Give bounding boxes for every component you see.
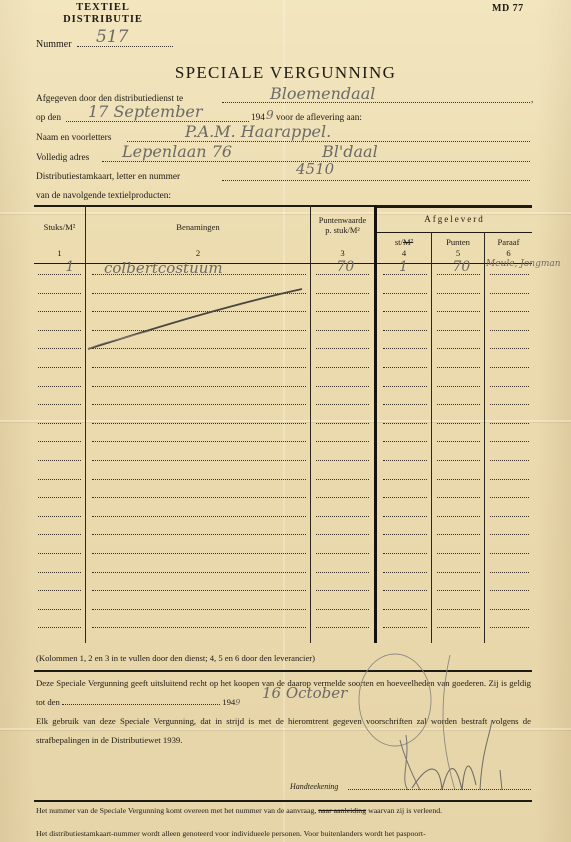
cell-line-st xyxy=(383,292,427,294)
cell-line-stuks xyxy=(38,385,81,387)
number-label: Nummer xyxy=(36,39,72,50)
textile-products-table: Stuks/M² 1 Benamingen 2 Puntenwaarde p. … xyxy=(34,205,532,645)
cell-line-benaming xyxy=(92,515,306,517)
cell-line-paraaf xyxy=(490,571,529,573)
address-city-value: Bl'daal xyxy=(322,142,378,161)
cell-line-puntenwaarde xyxy=(316,515,369,517)
cell-line-st xyxy=(383,385,427,387)
footnote-1-tail: waarvan zij is verleend. xyxy=(368,806,442,815)
form-code: MD 77 xyxy=(492,3,524,14)
col-number-3: 3 xyxy=(311,248,374,258)
cell-line-paraaf xyxy=(490,292,529,294)
name-value: P.A.M. Haarappel. xyxy=(185,122,331,141)
cell-line-paraaf xyxy=(490,329,529,331)
cell-line-puntenwaarde xyxy=(316,608,369,610)
thick-column-divider xyxy=(374,205,377,643)
footnote-1-struck: naar aanleiding xyxy=(318,806,366,815)
cell-line-paraaf xyxy=(490,608,529,610)
comma: , xyxy=(531,94,533,104)
afgeleverd-sub-rule xyxy=(375,232,532,233)
cell-line-st xyxy=(383,459,427,461)
cell-line-stuks xyxy=(38,608,81,610)
cell-line-punten xyxy=(437,533,480,535)
cell-line-stuks xyxy=(38,440,81,442)
col-header-st-plain: st/ xyxy=(395,237,403,247)
cell-line-st xyxy=(383,403,427,405)
col-header-puntenwaarde-line1: Puntenwaarde xyxy=(311,216,374,226)
cell-line-benaming xyxy=(92,589,306,591)
cell-line-stuks xyxy=(38,403,81,405)
col-header-punten: Punten xyxy=(432,237,484,247)
signature-label: Handteekening xyxy=(290,782,338,791)
cell-line-paraaf xyxy=(490,478,529,480)
ration-card-line xyxy=(222,179,530,181)
footnote-2: Het distributiestamkaart-nummer wordt al… xyxy=(36,828,531,839)
cell-line-benaming xyxy=(92,459,306,461)
issuing-office-line xyxy=(222,101,530,103)
cell-line-punten xyxy=(437,440,480,442)
cell-line-stuks xyxy=(38,496,81,498)
cell-line-punten xyxy=(437,385,480,387)
document-title: SPECIALE VERGUNNING xyxy=(0,63,571,83)
cell-line-punten xyxy=(437,403,480,405)
cell-line-punten xyxy=(437,292,480,294)
cell-line-paraaf xyxy=(490,626,529,628)
column-divider xyxy=(85,205,86,643)
cell-line-puntenwaarde xyxy=(316,422,369,424)
table-cell-puntenwaarde: 70 xyxy=(337,259,355,275)
cell-line-st xyxy=(383,310,427,312)
cell-line-st xyxy=(383,478,427,480)
cell-line-punten xyxy=(437,552,480,554)
cancellation-stroke xyxy=(80,285,310,355)
cell-line-benaming xyxy=(92,366,306,368)
column-divider xyxy=(310,205,311,643)
col-header-benamingen: Benamingen xyxy=(86,222,310,232)
col-number-4: 4 xyxy=(377,248,431,258)
issuing-office-value: Bloemendaal xyxy=(270,84,375,103)
cell-line-benaming xyxy=(92,422,306,424)
date-value: 17 September xyxy=(88,102,203,121)
cell-line-stuks xyxy=(38,273,81,275)
table-cell-st: 1 xyxy=(399,259,408,275)
validity-year-prefix: 194 xyxy=(222,697,235,707)
cell-line-punten xyxy=(437,608,480,610)
cell-line-paraaf xyxy=(490,310,529,312)
cell-line-paraaf xyxy=(490,589,529,591)
signature-line xyxy=(348,788,531,790)
cell-line-benaming xyxy=(92,385,306,387)
issuer-line-2: DISTRIBUTIE xyxy=(48,14,158,26)
columns-note: (Kolommen 1, 2 en 3 in te vullen door de… xyxy=(36,653,315,663)
cell-line-stuks xyxy=(38,626,81,628)
cell-line-puntenwaarde xyxy=(316,440,369,442)
cell-line-puntenwaarde xyxy=(316,589,369,591)
col-number-2: 2 xyxy=(86,248,310,258)
cell-line-puntenwaarde xyxy=(316,533,369,535)
col-header-stuks: Stuks/M² xyxy=(34,222,85,232)
cell-line-benaming xyxy=(92,478,306,480)
cell-line-puntenwaarde xyxy=(316,347,369,349)
cell-line-paraaf xyxy=(490,533,529,535)
cell-line-paraaf xyxy=(490,552,529,554)
cell-line-punten xyxy=(437,478,480,480)
cell-line-punten xyxy=(437,571,480,573)
number-value: 517 xyxy=(96,27,128,47)
cell-line-paraaf xyxy=(490,403,529,405)
year-suffix: 9 xyxy=(266,108,274,122)
cell-line-puntenwaarde xyxy=(316,478,369,480)
cell-line-stuks xyxy=(38,310,81,312)
cell-line-paraaf xyxy=(490,496,529,498)
cell-line-st xyxy=(383,533,427,535)
afgeleverd-group-header: Afgeleverd xyxy=(377,214,532,224)
col-number-6: 6 xyxy=(485,248,532,258)
validity-year-suffix: 9 xyxy=(235,698,240,707)
cell-line-st xyxy=(383,496,427,498)
cell-line-stuks xyxy=(38,589,81,591)
cell-line-stuks xyxy=(38,347,81,349)
cell-line-punten xyxy=(437,626,480,628)
cell-line-puntenwaarde xyxy=(316,292,369,294)
column-divider xyxy=(484,232,485,643)
issuer-line-1: TEXTIEL xyxy=(48,2,158,14)
cell-line-benaming xyxy=(92,571,306,573)
valid-until-line xyxy=(62,698,220,705)
cell-line-st xyxy=(383,366,427,368)
footnote-1: Het nummer van de Speciale Vergunning ko… xyxy=(36,805,531,816)
cell-line-st xyxy=(383,347,427,349)
cell-line-punten xyxy=(437,459,480,461)
address-label: Volledig adres xyxy=(36,153,89,163)
cell-line-paraaf xyxy=(490,459,529,461)
col-header-puntenwaarde: Puntenwaarde p. stuk/M² xyxy=(311,216,374,236)
cell-line-benaming xyxy=(92,608,306,610)
cell-line-puntenwaarde xyxy=(316,403,369,405)
cell-line-stuks xyxy=(38,422,81,424)
col-number-5: 5 xyxy=(432,248,484,258)
cell-line-punten xyxy=(437,366,480,368)
cell-line-punten xyxy=(437,496,480,498)
signature-and-stamp xyxy=(330,640,550,800)
cell-line-paraaf xyxy=(490,347,529,349)
name-label: Naam en voorletters xyxy=(36,133,111,143)
cell-line-stuks xyxy=(38,478,81,480)
cell-line-paraaf xyxy=(490,440,529,442)
cell-line-st xyxy=(383,626,427,628)
cell-line-stuks xyxy=(38,329,81,331)
cell-line-stuks xyxy=(38,552,81,554)
cell-line-st xyxy=(383,329,427,331)
cell-line-paraaf xyxy=(490,366,529,368)
cell-line-benaming xyxy=(92,440,306,442)
products-label: van de navolgende textielproducten: xyxy=(36,191,171,201)
afgeleverd-top-rule xyxy=(375,205,532,208)
cell-line-punten xyxy=(437,329,480,331)
cell-line-punten xyxy=(437,310,480,312)
cell-line-puntenwaarde xyxy=(316,571,369,573)
cell-line-punten xyxy=(437,347,480,349)
table-cell-paraaf: Meule, Jongman xyxy=(486,259,561,269)
cell-line-benaming xyxy=(92,626,306,628)
date-label: op den xyxy=(36,113,61,123)
cell-line-stuks xyxy=(38,459,81,461)
cell-line-benaming xyxy=(92,552,306,554)
cell-line-stuks xyxy=(38,292,81,294)
ration-card-label: Distributiestamkaart, letter en nummer xyxy=(36,172,180,182)
cell-line-puntenwaarde xyxy=(316,310,369,312)
cell-line-punten xyxy=(437,589,480,591)
cell-line-puntenwaarde xyxy=(316,552,369,554)
cell-line-punten xyxy=(437,422,480,424)
cell-line-puntenwaarde xyxy=(316,385,369,387)
table-cell-stuks: 1 xyxy=(66,259,75,275)
col-header-puntenwaarde-line2: p. stuk/M² xyxy=(311,226,374,236)
column-divider xyxy=(431,232,432,643)
cell-line-stuks xyxy=(38,571,81,573)
cell-line-puntenwaarde xyxy=(316,459,369,461)
cell-line-puntenwaarde xyxy=(316,329,369,331)
table-cell-punten: 70 xyxy=(453,259,471,275)
cell-line-st xyxy=(383,515,427,517)
cell-line-paraaf xyxy=(490,273,529,275)
col-header-paraaf: Paraaf xyxy=(485,237,532,247)
cell-line-stuks xyxy=(38,533,81,535)
ration-card-value: 4510 xyxy=(296,160,334,178)
cell-line-st xyxy=(383,589,427,591)
cell-line-st xyxy=(383,608,427,610)
cell-line-puntenwaarde xyxy=(316,496,369,498)
cell-line-paraaf xyxy=(490,515,529,517)
cell-line-st xyxy=(383,422,427,424)
cell-line-paraaf xyxy=(490,422,529,424)
footnote-1-text: Het nummer van de Speciale Vergunning ko… xyxy=(36,806,316,815)
cell-line-stuks xyxy=(38,515,81,517)
col-header-st: st/M² xyxy=(377,237,431,247)
cell-line-st xyxy=(383,571,427,573)
cell-line-st xyxy=(383,440,427,442)
cell-line-st xyxy=(383,552,427,554)
issuer-heading: TEXTIEL DISTRIBUTIE xyxy=(48,2,158,26)
col-header-st-struck: M² xyxy=(403,237,413,247)
notes-rule xyxy=(34,800,532,802)
cell-line-puntenwaarde xyxy=(316,366,369,368)
address-value: Lepenlaan 76 xyxy=(122,142,232,161)
cell-line-punten xyxy=(437,515,480,517)
table-cell-benaming: colbertcostuum xyxy=(104,259,223,277)
cell-line-paraaf xyxy=(490,385,529,387)
cell-line-puntenwaarde xyxy=(316,626,369,628)
cell-line-benaming xyxy=(92,533,306,535)
col-number-1: 1 xyxy=(34,248,85,258)
cell-line-benaming xyxy=(92,403,306,405)
cell-line-stuks xyxy=(38,366,81,368)
cell-line-benaming xyxy=(92,496,306,498)
